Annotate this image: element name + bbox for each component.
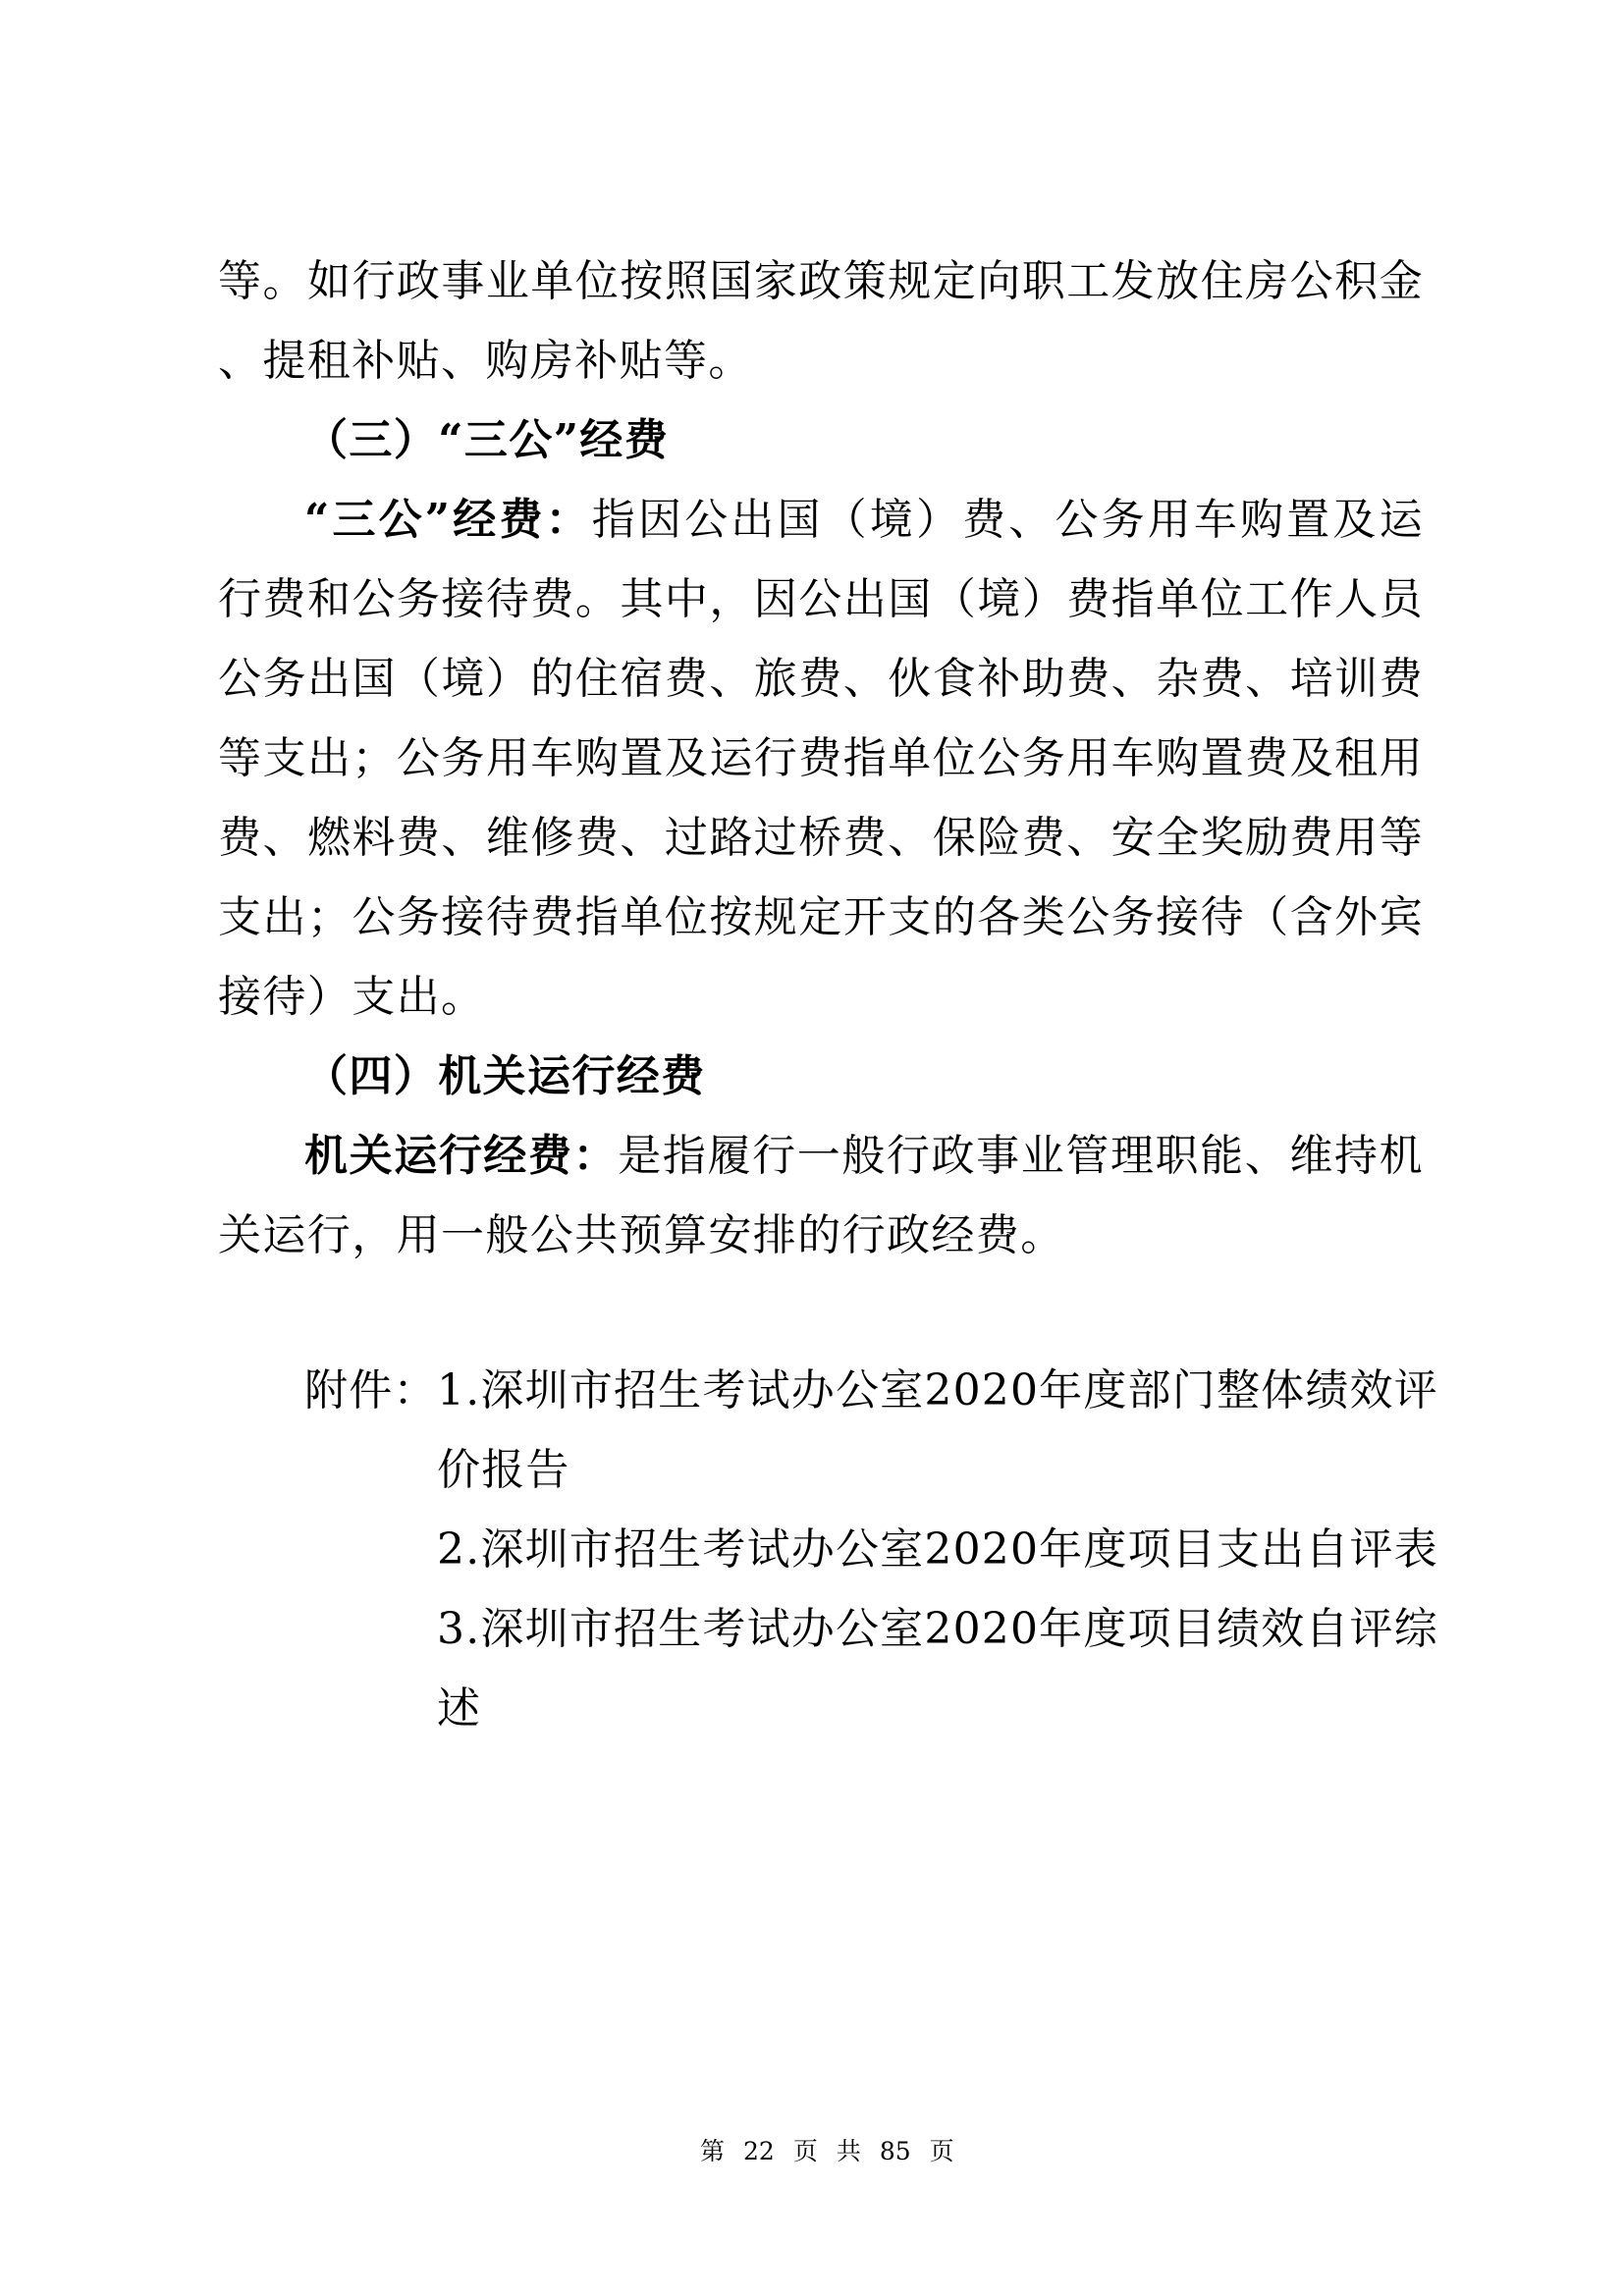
attachment-line: 价报告 — [437, 1430, 1438, 1510]
attachment-line: 2.深圳市招生考试办公室2020年度项目支出自评表 — [437, 1510, 1438, 1589]
text-line: 公务出国（境）的住宿费、旅费、伙食补助费、杂费、培训费 — [218, 639, 1424, 719]
attachment-item-2: 2.深圳市招生考试办公室2020年度项目支出自评表 — [437, 1510, 1438, 1589]
attachments-label: 附件： — [304, 1351, 437, 1430]
attachment-item-1: 1.深圳市招生考试办公室2020年度部门整体绩效评 价报告 — [437, 1351, 1438, 1510]
section-heading-3: （三）“三公”经费 — [218, 400, 1424, 480]
body-text: 等。如行政事业单位按照国家政策规定向职工发放住房公积金 、提租补贴、购房补贴等。… — [218, 241, 1424, 1275]
footer-total-word: 共 — [837, 2137, 861, 2166]
attachments-row: 附件： 1.深圳市招生考试办公室2020年度部门整体绩效评 价报告 2.深圳市招… — [304, 1351, 1424, 1748]
definition-term: 机关运行经费： — [304, 1131, 618, 1181]
text-line: 支出；公务接待费指单位按规定开支的各类公务接待（含外宾 — [218, 878, 1424, 957]
page-footer: 第 22 页 共 85 页 — [700, 2137, 954, 2166]
document-page: 等。如行政事业单位按照国家政策规定向职工发放住房公积金 、提租补贴、购房补贴等。… — [0, 0, 1624, 2296]
text-line: 关运行，用一般公共预算安排的行政经费。 — [218, 1196, 1424, 1275]
attachment-line: 1.深圳市招生考试办公室2020年度部门整体绩效评 — [437, 1351, 1438, 1430]
text-line: 等。如行政事业单位按照国家政策规定向职工发放住房公积金 — [218, 241, 1424, 321]
attachments-list: 附件： 1.深圳市招生考试办公室2020年度部门整体绩效评 价报告 2.深圳市招… — [304, 1351, 1424, 1748]
definition-paragraph-line: 机关运行经费：是指履行一般行政事业管理职能、维持机 — [218, 1116, 1424, 1196]
total-pages-number: 85 — [880, 2137, 911, 2166]
attachment-line: 3.深圳市招生考试办公室2020年度项目绩效自评综 — [437, 1589, 1438, 1669]
footer-suffix: 页 — [930, 2137, 954, 2166]
definition-text: 指因公出国（境）费、公务用车购置及运 — [592, 495, 1424, 545]
section-heading-4: （四）机关运行经费 — [218, 1037, 1424, 1116]
attachment-item-3: 3.深圳市招生考试办公室2020年度项目绩效自评综 述 — [437, 1589, 1438, 1748]
definition-paragraph-line: “三公”经费：指因公出国（境）费、公务用车购置及运 — [218, 480, 1424, 560]
text-line: 行费和公务接待费。其中，因公出国（境）费指单位工作人员 — [218, 560, 1424, 639]
text-line: 等支出；公务用车购置及运行费指单位公务用车购置费及租用 — [218, 719, 1424, 798]
definition-text: 是指履行一般行政事业管理职能、维持机 — [618, 1131, 1424, 1181]
text-line: 、提租补贴、购房补贴等。 — [218, 321, 1424, 400]
definition-term: “三公”经费： — [304, 495, 592, 545]
text-line: 费、燃料费、维修费、过路过桥费、保险费、安全奖励费用等 — [218, 798, 1424, 878]
attachment-line: 述 — [437, 1669, 1438, 1748]
footer-prefix: 第 — [700, 2137, 725, 2166]
footer-page-word: 页 — [793, 2137, 818, 2166]
text-line: 接待）支出。 — [218, 957, 1424, 1037]
current-page-number: 22 — [743, 2137, 775, 2166]
attachments-items: 1.深圳市招生考试办公室2020年度部门整体绩效评 价报告 2.深圳市招生考试办… — [437, 1351, 1438, 1748]
